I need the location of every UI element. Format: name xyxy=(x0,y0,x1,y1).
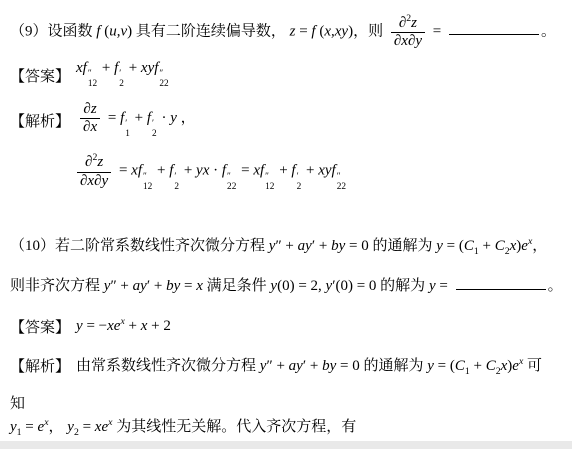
q10-question-line-1: （10）若二阶常系数线性齐次微分方程 y″ + ay′ + by = 0 的通解… xyxy=(10,229,547,261)
q9-answer-line: 【答案】 xf″12 + f′2 + xyf″22 xyxy=(10,60,170,90)
q10-answer-line: 【答案】 y = −xex + x + 2 xyxy=(10,311,171,341)
sup-sub: ′1 xyxy=(125,120,130,140)
sup-sub: ″22 xyxy=(227,173,236,193)
q10-question-text-2: 则非齐次方程 y″ + ay′ + by = x 满足条件 y(0) = 2, … xyxy=(10,273,563,295)
q9-analysis-text-1: ∂z∂x = f′1 + f′2 · y ， xyxy=(76,101,196,140)
document-page: （9）设函数 f (u,v) 具有二阶连续偏导数， z = f (x,xy)，则… xyxy=(0,0,572,449)
sup-sub: ′2 xyxy=(119,70,124,90)
q10-answer-text: y = −xex + x + 2 xyxy=(76,317,171,335)
sup-sub: ″12 xyxy=(265,173,274,193)
q9-analysis-text-2: ∂2z∂x∂y = xf″12 + f′2 + yx · f″22 = xf″1… xyxy=(73,153,347,192)
fraction: ∂z∂x xyxy=(80,101,100,137)
bottom-edge-bar xyxy=(0,441,572,449)
q9-analysis-line-2: ∂2z∂x∂y = xf″12 + f′2 + yx · f″22 = xf″1… xyxy=(73,148,347,198)
answer-label: 【答案】 xyxy=(10,65,70,86)
sup-sub: ″22 xyxy=(337,173,346,193)
q10-question-text-1: （10）若二阶常系数线性齐次微分方程 y″ + ay′ + by = 0 的通解… xyxy=(10,234,547,257)
q9-question-line: （9）设函数 f (u,v) 具有二阶连续偏导数， z = f (x,xy)，则… xyxy=(10,8,556,56)
q10-analysis-line-3: y1 = ex， y2 = xex 为其线性无关解。代入齐次方程，有 xyxy=(10,412,356,440)
sup-sub: ′2 xyxy=(152,120,157,140)
q10-analysis-text-2: 知 xyxy=(10,392,25,413)
fill-in-blank xyxy=(449,19,539,36)
sup-sub: ′2 xyxy=(297,173,302,193)
q10-analysis-line-1: 【解析】 由常系数线性齐次微分方程 y″ + ay′ + by = 0 的通解为… xyxy=(10,349,542,381)
sup-sub: ″22 xyxy=(159,70,168,90)
fill-in-blank xyxy=(456,273,546,290)
fraction: ∂2z∂x∂y xyxy=(391,14,425,51)
sup-sub: ″12 xyxy=(143,173,152,193)
q10-analysis-line-2: 知 xyxy=(10,390,25,414)
sup-sub: ′2 xyxy=(174,173,179,193)
q10-analysis-text-3: y1 = ex， y2 = xex 为其线性无关解。代入齐次方程，有 xyxy=(10,415,356,438)
sup-sub: ″12 xyxy=(88,70,97,90)
q9-answer-text: xf″12 + f′2 + xyf″22 xyxy=(76,60,170,90)
q10-question-line-2: 则非齐次方程 y″ + ay′ + by = x 满足条件 y(0) = 2, … xyxy=(10,267,563,301)
q10-analysis-text-1: 由常系数线性齐次微分方程 y″ + ay′ + by = 0 的通解为 y = … xyxy=(76,354,542,377)
fraction: ∂2z∂x∂y xyxy=(77,153,111,190)
q9-analysis-line-1: 【解析】 ∂z∂x = f′1 + f′2 · y ， xyxy=(10,97,196,143)
q9-question-text: （9）设函数 f (u,v) 具有二阶连续偏导数， z = f (x,xy)，则… xyxy=(10,14,556,51)
answer-label: 【答案】 xyxy=(10,316,70,337)
analysis-label: 【解析】 xyxy=(10,110,70,131)
analysis-label: 【解析】 xyxy=(10,355,70,376)
